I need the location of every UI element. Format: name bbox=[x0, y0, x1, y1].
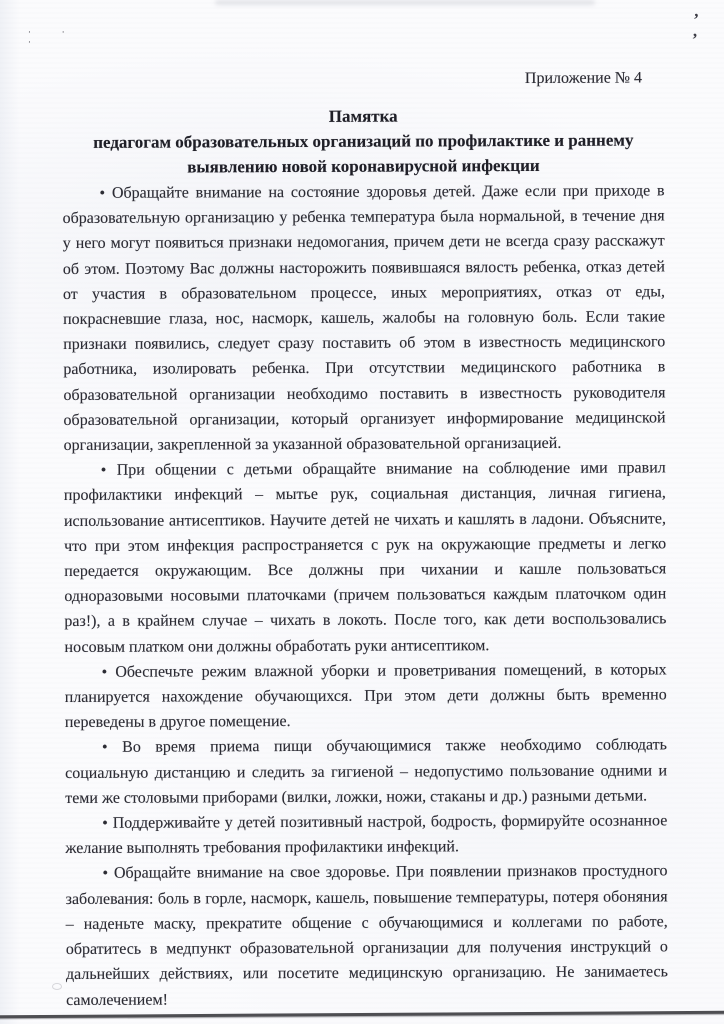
scanned-memo-page: · · · ’ ’ Приложение № 4 Памятка педагог… bbox=[0, 0, 724, 1024]
memo-paragraph-own-health: • Обращайте внимание на свое здоровье. П… bbox=[65, 859, 668, 1013]
memo-paragraph-hygiene-rules: • При общении с детьми обращайте внимани… bbox=[64, 456, 667, 660]
title-line-1: Памятка bbox=[62, 102, 664, 130]
scan-top-smudge-artifact bbox=[215, 0, 595, 5]
scan-specks-artifact: · · · bbox=[28, 28, 98, 42]
title-line-3: выявлению новой коронавирусной инфекции bbox=[62, 152, 664, 180]
scan-bottom-speck-artifact bbox=[52, 983, 62, 990]
memo-paragraph-health-of-children: • Обращайте внимание на состояние здоров… bbox=[62, 178, 665, 458]
pen-mark-artifact: ’ ’ bbox=[686, 10, 703, 57]
memo-paragraph-meals: • Во время приема пищи обучающимися такж… bbox=[65, 733, 667, 811]
memo-body: • Обращайте внимание на состояние здоров… bbox=[62, 178, 668, 1012]
pen-mark-upper: ’ bbox=[688, 10, 703, 31]
pen-mark-lower: ’ bbox=[687, 30, 702, 51]
memo-paragraph-positive-attitude: • Поддерживайте у детей позитивный настр… bbox=[65, 808, 667, 861]
memo-paragraph-cleaning-ventilation: • Обеспечьте режим влажной уборки и пров… bbox=[65, 657, 667, 735]
document-content: Приложение № 4 Памятка педагогам образов… bbox=[62, 67, 668, 1012]
page-title: Памятка педагогам образовательных органи… bbox=[62, 102, 664, 180]
annex-label: Приложение № 4 bbox=[62, 67, 664, 92]
title-line-2: педагогам образовательных организаций по… bbox=[62, 127, 664, 155]
